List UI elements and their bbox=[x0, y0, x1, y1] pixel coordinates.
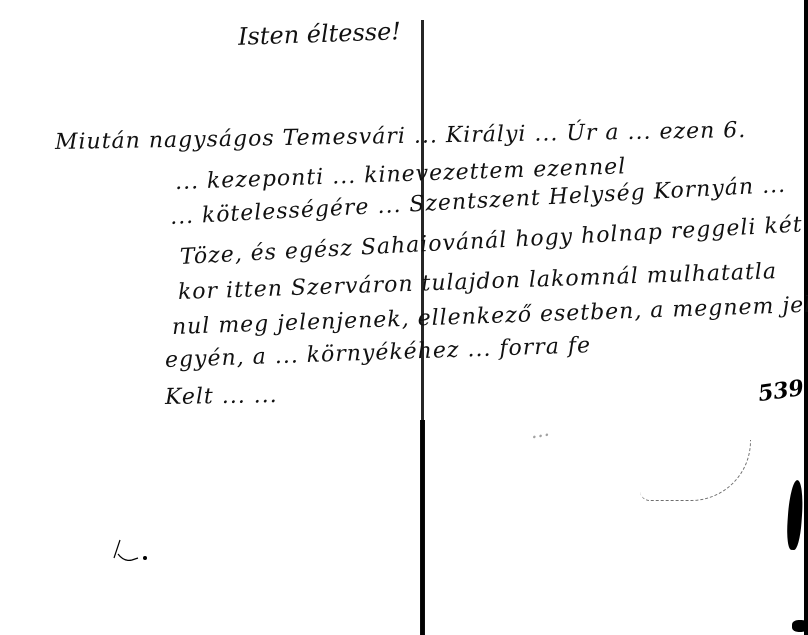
center-binding-crease-lower bbox=[420, 420, 425, 635]
signature: ... bbox=[528, 417, 551, 444]
ink-blot-bottom bbox=[792, 620, 808, 632]
marginal-pen-mark bbox=[110, 530, 150, 570]
ink-blot-right bbox=[786, 480, 805, 551]
body-line-8: Kelt ... ... bbox=[165, 383, 278, 410]
seal-outline bbox=[640, 440, 751, 501]
letter-heading: Isten éltesse! bbox=[238, 17, 402, 51]
body-line-7: egyén, a ... környékéhez ... forra fe bbox=[165, 333, 592, 373]
reference-number: 539 bbox=[756, 375, 805, 407]
scanned-manuscript-page: Isten éltesse! Miután nagyságos Temesvár… bbox=[0, 0, 808, 635]
body-line-1: Miután nagyságos Temesvári ... Királyi .… bbox=[55, 118, 747, 155]
